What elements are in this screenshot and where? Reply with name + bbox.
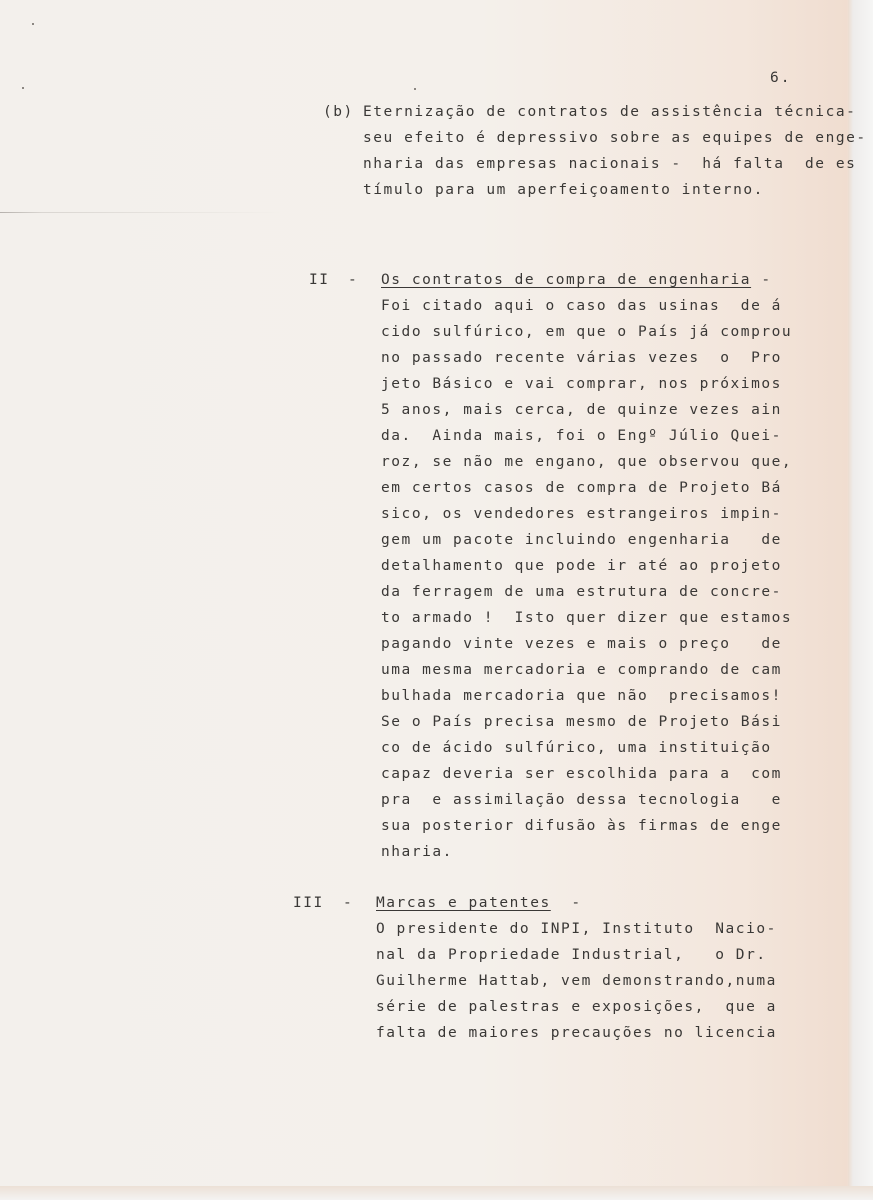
text-line: série de palestras e exposições, que a	[376, 998, 777, 1016]
text-line: capaz deveria ser escolhida para a com	[381, 765, 782, 783]
text-line: bulhada mercadoria que não precisamos!	[381, 687, 782, 705]
page-number: 6.	[770, 70, 791, 86]
page-bottom-edge	[0, 1186, 873, 1200]
text-line: detalhamento que pode ir até ao projeto	[381, 557, 782, 575]
text-line: no passado recente várias vezes o Pro	[381, 349, 782, 367]
section-b-marker: (b)	[323, 103, 354, 121]
section-iii-title: Marcas e patentes	[376, 895, 551, 911]
section-iii-dash: -	[343, 894, 353, 912]
text-line: Guilherme Hattab, vem demonstrando,numa	[376, 972, 777, 990]
page-edge-shadow	[848, 0, 873, 1200]
section-iii-marker: III	[293, 894, 324, 912]
text-line: O presidente do INPI, Instituto Nacio-	[376, 920, 777, 938]
section-ii-marker: II	[309, 271, 330, 289]
text-line: nharia.	[381, 843, 453, 861]
text-line: da ferragem de uma estrutura de concre-	[381, 583, 782, 601]
text-line: to armado ! Isto quer dizer que estamos	[381, 609, 792, 627]
section-ii-title-suffix: -	[751, 272, 772, 288]
text-line: nharia das empresas nacionais - há falta…	[363, 155, 856, 173]
text-line: co de ácido sulfúrico, uma instituição	[381, 739, 772, 757]
text-line: pagando vinte vezes e mais o preço de	[381, 635, 782, 653]
text-line: falta de maiores precauções no licencia	[376, 1024, 777, 1042]
paper-speck	[414, 88, 416, 90]
section-iii-title-suffix: -	[551, 895, 582, 911]
text-line: pra e assimilação dessa tecnologia e	[381, 791, 782, 809]
text-line: 5 anos, mais cerca, de quinze vezes ain	[381, 401, 782, 419]
section-ii-heading: Os contratos de compra de engenharia -	[381, 271, 772, 289]
text-line: tímulo para um aperfeiçoamento interno.	[363, 181, 764, 199]
text-line: gem um pacote incluindo engenharia de	[381, 531, 782, 549]
text-line: jeto Básico e vai comprar, nos próximos	[381, 375, 782, 393]
paper-speck	[22, 87, 24, 89]
text-line: Foi citado aqui o caso das usinas de á	[381, 297, 782, 315]
text-line: Eternização de contratos de assistência …	[363, 103, 856, 121]
text-line: seu efeito é depressivo sobre as equipes…	[363, 129, 867, 147]
text-line: roz, se não me engano, que observou que,	[381, 453, 792, 471]
faint-scan-line	[0, 212, 280, 213]
text-line: da. Ainda mais, foi o Engº Júlio Quei-	[381, 427, 782, 445]
text-line: cido sulfúrico, em que o País já comprou	[381, 323, 792, 341]
text-line: uma mesma mercadoria e comprando de cam	[381, 661, 782, 679]
text-line: sico, os vendedores estrangeiros impin-	[381, 505, 782, 523]
text-line: sua posterior difusão às firmas de enge	[381, 817, 782, 835]
section-ii-dash: -	[348, 271, 358, 289]
paper-speck	[32, 23, 34, 25]
section-ii-title: Os contratos de compra de engenharia	[381, 272, 751, 288]
text-line: em certos casos de compra de Projeto Bá	[381, 479, 782, 497]
text-line: Se o País precisa mesmo de Projeto Bási	[381, 713, 782, 731]
section-iii-heading: Marcas e patentes -	[376, 894, 582, 912]
text-line: nal da Propriedade Industrial, o Dr.	[376, 946, 767, 964]
